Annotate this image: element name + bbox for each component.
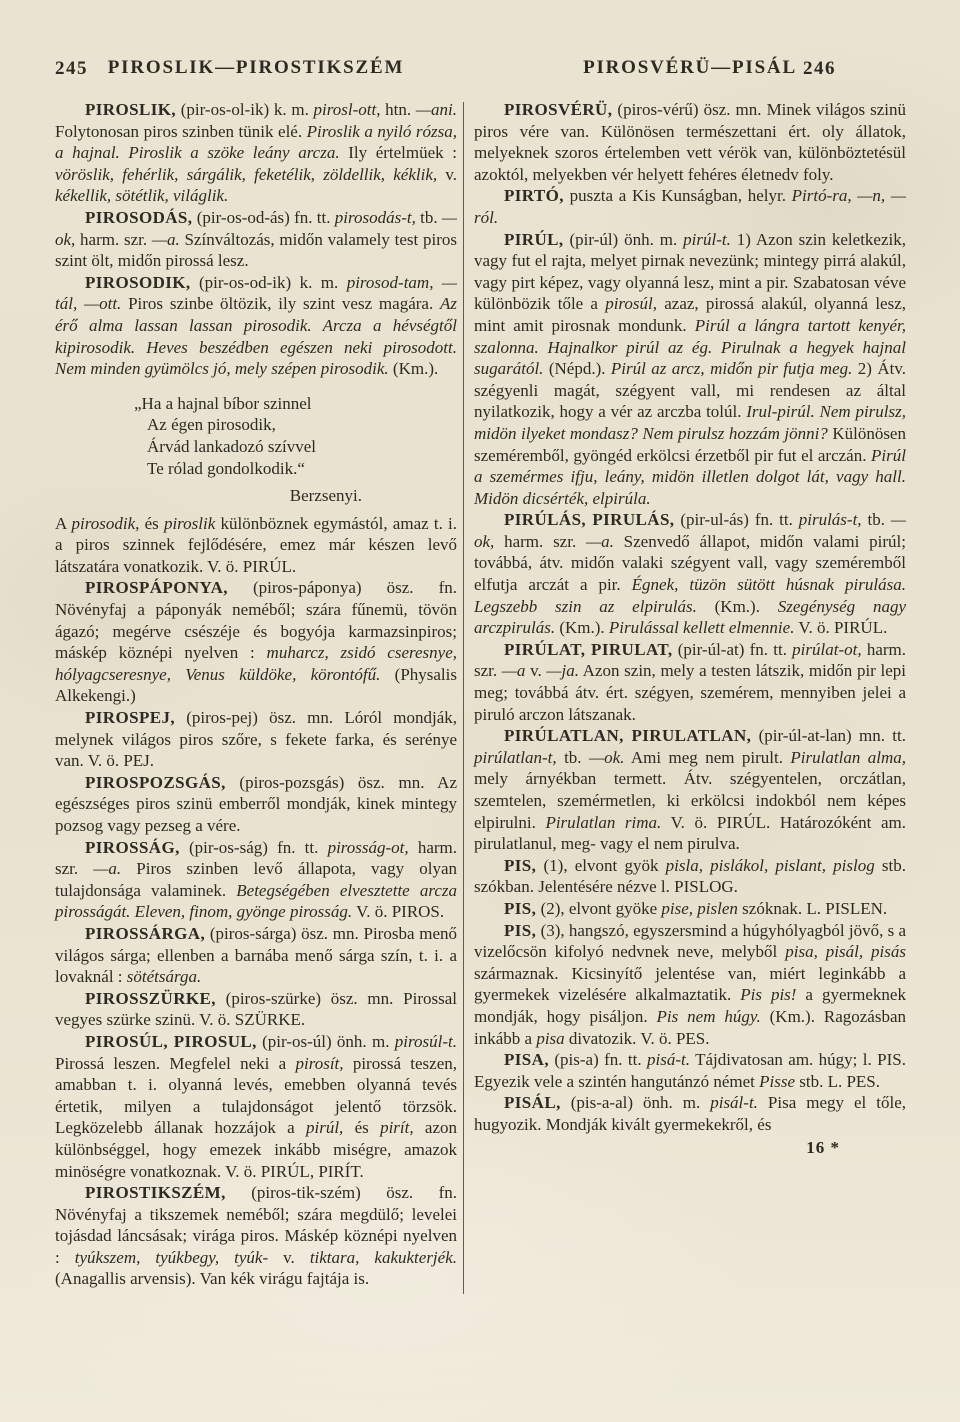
right-column: PIROSVÉRÜ, (piros-vérű) ösz. mn. Minek v… (474, 99, 906, 1158)
body-text: (pir-os-ol-ik) k. m. (176, 100, 314, 119)
italic-text: pirúlat-ot, (792, 640, 861, 659)
running-header-right: PIROSVÉRÜ—PISÁL (474, 57, 906, 79)
headword: PIROSODIK, (85, 273, 191, 292)
body-text: tb. (416, 208, 442, 227)
italic-text: pisa, pisál, pisás (785, 942, 906, 961)
body-text: (pir-os-od-ik) k. m. (191, 273, 347, 292)
dictionary-entry: PISÁL, (pis-a-al) önh. m. pisál-t. Pisa … (474, 1092, 906, 1135)
dictionary-entry: PIRÚLAT, PIRULAT, (pir-úl-at) fn. tt. pi… (474, 639, 906, 725)
body-text: és (139, 514, 164, 533)
italic-text: pirosl-ott (314, 100, 377, 119)
body-text: (pis-a-al) önh. m. (561, 1093, 710, 1112)
italic-text: pisa (536, 1029, 564, 1048)
dictionary-entry: PIROSLIK, (pir-os-ol-ik) k. m. pirosl-ot… (55, 99, 457, 207)
dictionary-page-scan: 245 PIROSLIK—PIROSTIKSZÉM PIROSVÉRÜ—PISÁ… (0, 0, 960, 1422)
italic-text: Pirulatlan rima. (545, 813, 661, 832)
italic-text: pirít, (380, 1118, 414, 1137)
headword: PIS, (504, 899, 536, 918)
italic-text: kékellik, sötétlik, világlik. (55, 186, 228, 205)
italic-text: tyúkszem, tyúkbegy, tyúk- (75, 1248, 268, 1267)
dictionary-entry: PIROSSÁRGA, (piros-sárga) ösz. mn. Piros… (55, 923, 457, 988)
body-text: (pir-os-od-ás) fn. tt. (192, 208, 334, 227)
body-text: (Km.). (389, 359, 439, 378)
dictionary-entry: PIROSODÁS, (pir-os-od-ás) fn. tt. piroso… (55, 207, 457, 272)
body-text: v. (268, 1248, 310, 1267)
italic-text: pirosúl, (605, 294, 657, 313)
body-text: (1), elvont gyök (536, 856, 665, 875)
italic-text: pirosít, (296, 1054, 344, 1073)
italic-text: pirulás-t, (799, 510, 862, 529)
paragraph: A pirosodik, és piroslik különböznek egy… (55, 513, 457, 578)
dictionary-entry: PISA, (pis-a) fn. tt. pisá-t. Tájdivatos… (474, 1049, 906, 1092)
italic-text: Pis nem húgy. (657, 1007, 761, 1026)
headword: PIRÚLATLAN, PIRULATLAN, (504, 726, 751, 745)
body-text: (Népd.). (543, 359, 610, 378)
italic-text: Pisse (759, 1072, 795, 1091)
body-text: V. ö. PIROS. (352, 902, 444, 921)
left-column: PIROSLIK, (pir-os-ol-ik) k. m. pirosl-ot… (55, 99, 457, 1290)
page-number-right: 246 (803, 58, 836, 80)
body-text: Pirossá leszen. Megfelel neki a (55, 1054, 296, 1073)
dictionary-entry: PIROSPEJ, (piros-pej) ösz. mn. Lóról mon… (55, 707, 457, 772)
headword: PIROSTIKSZÉM, (85, 1183, 226, 1202)
headword: PIROSPOZSGÁS, (85, 773, 226, 792)
italic-text: pirosodás-t, (335, 208, 416, 227)
italic-text: tiktara, kakukterjék. (310, 1248, 457, 1267)
dictionary-entry: PIS, (2), elvont gyöke pise, pislen szók… (474, 898, 906, 920)
headword: PISA, (504, 1050, 549, 1069)
body-text: , htn. (376, 100, 416, 119)
dictionary-entry: PIS, (3), hangszó, egyszersmind a húgyhó… (474, 920, 906, 1050)
italic-text: piroslik (164, 514, 215, 533)
italic-text: pisla, pislákol, pislant, pislog (666, 856, 875, 875)
italic-text: —a (502, 661, 526, 680)
dictionary-entry: PIROSPOZSGÁS, (piros-pozsgás) ösz. mn. A… (55, 772, 457, 837)
italic-text: pirúl-t. (683, 230, 731, 249)
headword: PISÁL, (504, 1093, 561, 1112)
body-text: A (55, 514, 72, 533)
italic-text: pisál-t. (710, 1093, 758, 1112)
italic-text: pise, pislen (661, 899, 738, 918)
italic-text: —a. (152, 230, 180, 249)
body-text: (pir-ul-ás) fn. tt. (674, 510, 798, 529)
italic-text: pirosúl-t. (395, 1032, 457, 1051)
running-header-left: PIROSLIK—PIROSTIKSZÉM (55, 57, 457, 79)
italic-text: —a. (93, 859, 121, 878)
dictionary-entry: PIS, (1), elvont gyök pisla, pislákol, p… (474, 855, 906, 898)
dictionary-entry: PIROSSÁG, (pir-os-ság) fn. tt. pirosság-… (55, 837, 457, 923)
poem-line: Árvád lankadozó szívvel (147, 436, 457, 458)
headword: PIROSÚL, PIROSUL, (85, 1032, 257, 1051)
headword: PIROSLIK, (85, 100, 176, 119)
body-text: (pir-os-úl) önh. m. (257, 1032, 395, 1051)
dictionary-entry: PIRTÓ, puszta a Kis Kunságban, helyr. Pi… (474, 185, 906, 228)
body-text: Folytonosan piros szinben tünik elé. (55, 122, 307, 141)
headword: PIS, (504, 856, 536, 875)
italic-text: Pirulással kellett elmennie. (609, 618, 795, 637)
headword: PIROSVÉRÜ, (504, 100, 612, 119)
italic-text: Pirulatlan alma, (790, 748, 906, 767)
dictionary-entry: PIROSÚL, PIROSUL, (pir-os-úl) önh. m. pi… (55, 1031, 457, 1182)
body-text: v. (525, 661, 546, 680)
body-text: Piros szinbe öltözik, ily szint vesz mag… (121, 294, 440, 313)
body-text: (2), elvont gyöke (536, 899, 661, 918)
dictionary-entry: PIRÚL, (pir-úl) önh. m. pirúl-t. 1) Azon… (474, 229, 906, 510)
column-divider-rule (463, 102, 464, 1294)
headword: PIROSPEJ, (85, 708, 175, 727)
body-text: tb. (557, 748, 589, 767)
body-text: (pir-úl-at) fn. tt. (673, 640, 793, 659)
dictionary-entry: PIROSTIKSZÉM, (piros-tik-szém) ösz. fn. … (55, 1182, 457, 1290)
body-text: (Km.). (697, 597, 778, 616)
body-text: (pir-úl-at-lan) mn. tt. (751, 726, 906, 745)
italic-text: pirúl, (306, 1118, 343, 1137)
headword: PIS, (504, 921, 536, 940)
body-text: puszta a Kis Kunságban, helyr. (564, 186, 792, 205)
headword: PIROSSZÜRKE, (85, 989, 216, 1008)
body-text: harm. szr. (494, 532, 586, 551)
headword: PIROSODÁS, (85, 208, 192, 227)
body-text: harm. szr. (75, 230, 152, 249)
dictionary-entry: PIROSPÁPONYA, (piros-páponya) ösz. fn. N… (55, 577, 457, 707)
italic-text: —ok. (589, 748, 624, 767)
italic-text: pirosság-ot, (328, 838, 409, 857)
body-text: tb. (862, 510, 891, 529)
body-text: szóknak. L. PISLEN. (738, 899, 887, 918)
dictionary-entry: PIROSODIK, (pir-os-od-ik) k. m. pirosod-… (55, 272, 457, 380)
italic-text: pisá-t. (647, 1050, 690, 1069)
headword: PIROSSÁG, (85, 838, 180, 857)
poem-attribution: Berzsenyi. (55, 485, 457, 507)
headword: PIRÚL, (504, 230, 564, 249)
poem-line: „Ha a hajnal bíbor szinnel (134, 393, 457, 415)
poem-line: Az égen pirosodik, (147, 414, 457, 436)
body-text: divatozik. V. ö. PES. (565, 1029, 710, 1048)
poem-line: Te rólad gondolkodik.“ (147, 458, 457, 480)
dictionary-entry: PIRÚLÁS, PIRULÁS, (pir-ul-ás) fn. tt. pi… (474, 509, 906, 639)
italic-text: Pis pis! (740, 985, 796, 1004)
body-text: (Anagallis arvensis). Van kék virágu faj… (55, 1269, 369, 1288)
italic-text: pirosodik, (72, 514, 140, 533)
body-text: Ily értelmüek : (340, 143, 457, 162)
dictionary-entry: PIRÚLATLAN, PIRULATLAN, (pir-úl-at-lan) … (474, 725, 906, 855)
headword: PIROSPÁPONYA, (85, 578, 228, 597)
body-text: (pir-os-ság) fn. tt. (180, 838, 328, 857)
body-text: (Km.). (555, 618, 609, 637)
body-text: v. (437, 165, 457, 184)
poem-quote: „Ha a hajnal bíbor szinnelAz égen piroso… (147, 393, 457, 479)
dictionary-entry: PIROSVÉRÜ, (piros-vérű) ösz. mn. Minek v… (474, 99, 906, 185)
italic-text: —ja. (546, 661, 579, 680)
italic-text: pirúlatlan-t, (474, 748, 557, 767)
body-text: és (343, 1118, 380, 1137)
headword: PIRTÓ, (504, 186, 564, 205)
headword: PIRÚLAT, PIRULAT, (504, 640, 673, 659)
italic-text: —ani. (416, 100, 457, 119)
italic-text: —a. (586, 532, 614, 551)
signature-mark: 16 * (474, 1137, 906, 1159)
dictionary-entry: PIROSSZÜRKE, (piros-szürke) ösz. mn. Pir… (55, 988, 457, 1031)
headword: PIRÚLÁS, PIRULÁS, (504, 510, 674, 529)
body-text: (pis-a) fn. tt. (549, 1050, 647, 1069)
italic-text: vöröslik, fehérlik, sárgálik, feketélik,… (55, 165, 437, 184)
body-text: Ami meg nem pirult. (624, 748, 790, 767)
body-text: stb. L. PES. (795, 1072, 880, 1091)
italic-text: Pirúl az arcz, midőn pir futja meg. (611, 359, 852, 378)
italic-text: sötétsárga. (127, 967, 201, 986)
body-text: (pir-úl) önh. m. (564, 230, 684, 249)
body-text: V. ö. PIRÚL. (794, 618, 887, 637)
headword: PIROSSÁRGA, (85, 924, 205, 943)
